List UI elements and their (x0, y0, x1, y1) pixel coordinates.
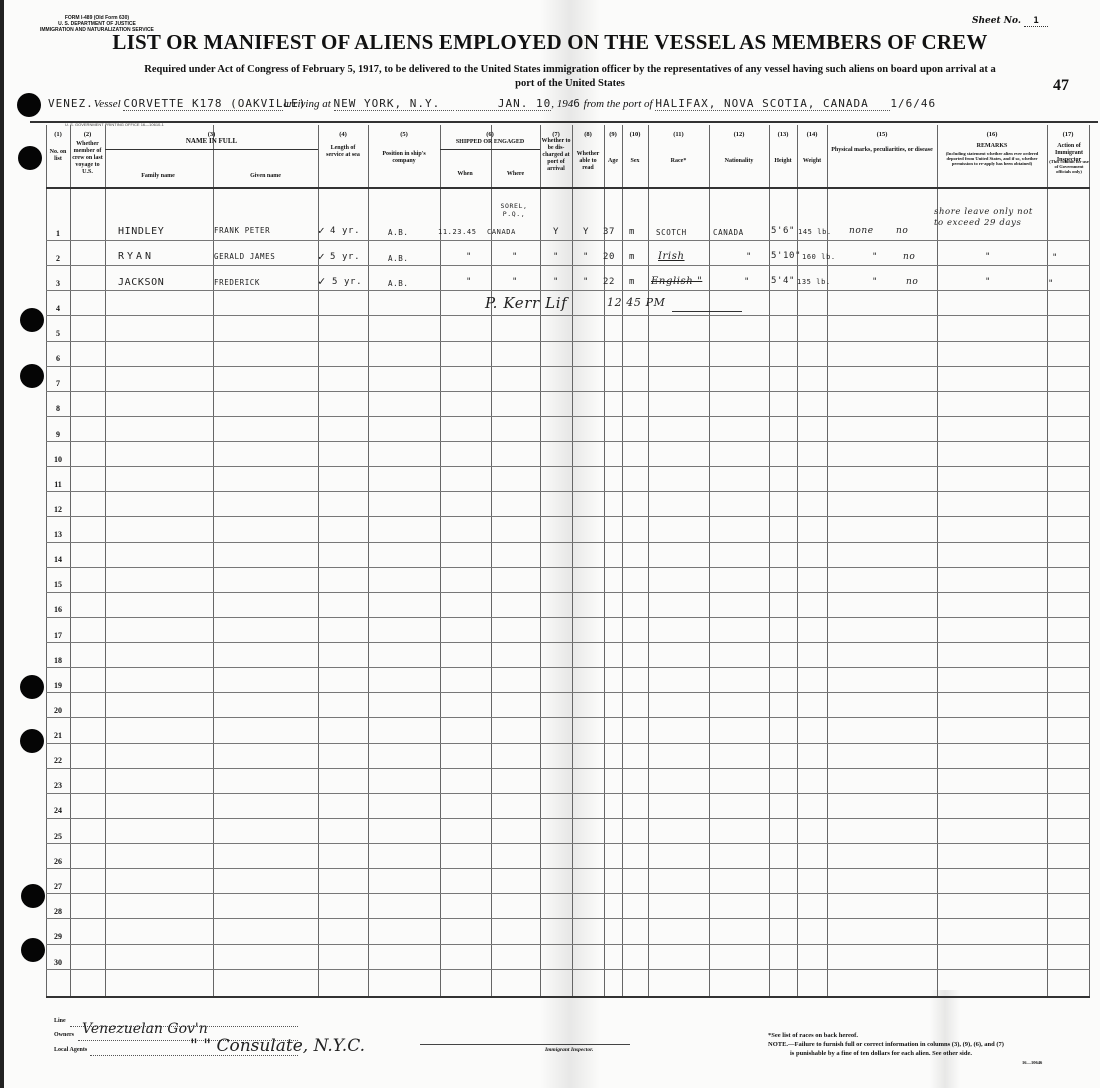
physical-marks: none (849, 226, 874, 236)
row-number: 5 (46, 329, 70, 338)
row-number: 27 (46, 882, 70, 891)
col-header-where: Where (491, 171, 540, 178)
inspector-signature-line (420, 1044, 630, 1045)
row-number: 20 (46, 706, 70, 715)
col-header-given-name: Given name (213, 173, 318, 180)
race: Irish (658, 251, 685, 262)
row-number: 17 (46, 631, 70, 640)
row-number: 26 (46, 857, 70, 866)
subtitle: Required under Act of Congress of Februa… (40, 63, 1100, 91)
punch-hole (20, 364, 44, 388)
page-title: LIST OR MANIFEST OF ALIENS EMPLOYED ON T… (0, 30, 1100, 55)
col-num: (16) (937, 131, 1047, 138)
from-label: from the port of (584, 98, 653, 110)
row-number: 1 (46, 229, 70, 238)
subtitle-line: Required under Act of Congress of Februa… (40, 63, 1100, 77)
service-length: 4 yr. (330, 226, 360, 236)
discharged: " (553, 277, 559, 287)
agents-value: " " Consulate, N.Y.C. (190, 1036, 365, 1056)
arrival-date: JAN. 10 (456, 97, 551, 111)
penalty-note: NOTE.—Failure to furnish full or correct… (768, 1040, 1004, 1049)
given-name: FRANK PETER (214, 226, 270, 235)
scan-edge (0, 0, 4, 1088)
row-number: 7 (46, 379, 70, 388)
remarks-prefix: no (906, 277, 918, 287)
col-header-name: NAME IN FULL (105, 138, 318, 145)
col-num: (17) (1047, 131, 1089, 138)
check-mark: ✓ (318, 274, 326, 288)
arriving-label: arriving at (283, 98, 330, 110)
physical-marks: " (872, 252, 878, 262)
row-number: 3 (46, 279, 70, 288)
print-code: 16—10646 (1022, 1058, 1042, 1067)
family-name: JACKSON (118, 277, 164, 288)
col-num: (15) (827, 131, 937, 138)
row-number: 13 (46, 530, 70, 539)
inspection-time: 12 45 PM (607, 296, 665, 309)
remarks-prefix: no (896, 226, 908, 236)
col-header-remarks: REMARKS (937, 143, 1047, 150)
row-number: 12 (46, 505, 70, 514)
height: 5'4" (771, 276, 795, 286)
vessel-label: Vessel (94, 98, 121, 110)
subtitle-line: port of the United States (40, 77, 1100, 91)
top-rule (30, 121, 1098, 123)
vessel-prefix: VENEZ. (48, 97, 94, 110)
row-number: 14 (46, 555, 70, 564)
inspector-action: " (1052, 253, 1058, 263)
row-number: 24 (46, 806, 70, 815)
col-header-prev-voyage: Whether member of crew on last voyage to… (71, 141, 104, 176)
col-header-discharged: Whether to be dis-charged at port of arr… (541, 138, 571, 173)
row-number: 18 (46, 656, 70, 665)
remarks: " (985, 277, 991, 287)
race: SCOTCH (656, 228, 687, 237)
punch-hole (20, 308, 44, 332)
col-num: (10) (622, 131, 648, 138)
shipped-when: " (466, 252, 472, 262)
punch-hole (17, 93, 41, 117)
inspector-signature: P. Kerr Lif (485, 294, 567, 312)
col-header-marks: Physical marks, peculiarities, or diseas… (831, 147, 933, 154)
col-num: (11) (648, 131, 709, 138)
row-number: 29 (46, 932, 70, 941)
page-number: 47 (1053, 77, 1069, 95)
agents-label: Local Agents (54, 1047, 87, 1053)
row-number: 19 (46, 681, 70, 690)
check-mark: ✓ (318, 224, 325, 237)
col-num: (6) (440, 131, 540, 138)
able-to-read: " (583, 252, 589, 262)
shipped-where-city: SOREL, P.Q., (492, 202, 536, 218)
age: 20 (603, 252, 615, 262)
vessel-name: CORVETTE K178 (OAKVILLE) (123, 97, 283, 111)
row-number: 10 (46, 455, 70, 464)
check-mark: ✓ (318, 250, 325, 263)
height: 5'6" (771, 226, 795, 236)
col-header-when: When (440, 171, 490, 178)
family-name: RYAN (118, 251, 154, 262)
arriving-port: NEW YORK, N.Y. (334, 97, 454, 111)
year-prefix: , 194 (551, 98, 573, 110)
col-num: (14) (797, 131, 827, 138)
discharged: Y (553, 227, 559, 237)
row-number: 22 (46, 756, 70, 765)
able-to-read: Y (583, 227, 589, 237)
sex: m (629, 252, 635, 262)
row-number: 25 (46, 832, 70, 841)
height: 5'10" (771, 251, 801, 261)
nationality: CANADA (713, 228, 744, 237)
paper-fold (930, 990, 960, 1088)
col-header-sex: Sex (622, 158, 648, 165)
shipped-where: " (512, 277, 518, 287)
remarks: shore leave only not to exceed 29 days (934, 207, 1044, 229)
weight: 160 lb. (802, 253, 836, 261)
row-number: 4 (46, 304, 70, 313)
row-number: 9 (46, 430, 70, 439)
col-header-family-name: Family name (105, 173, 211, 180)
col-header-height: Height (769, 158, 797, 165)
shipped-where: CANADA (487, 228, 516, 236)
service-length: 5 yr. (330, 252, 360, 262)
col-num: (5) (368, 131, 440, 138)
row-number: 30 (46, 958, 70, 967)
col-header-position: Position in ship's company (372, 151, 436, 165)
punch-hole (18, 146, 42, 170)
manifest-page: FORM I-489 (Old Form 630) U. S. DEPARTME… (0, 0, 1100, 1088)
row-number: 2 (46, 254, 70, 263)
year-suffix: 6 (573, 97, 581, 110)
line-label: Line (54, 1018, 66, 1024)
sex: m (629, 277, 635, 287)
nationality: " (746, 252, 752, 262)
nationality: " (744, 277, 750, 287)
punch-hole (21, 938, 45, 962)
col-num: (2) (70, 131, 105, 138)
col-num: (12) (709, 131, 769, 138)
position: A.B. (388, 279, 408, 288)
from-port: HALIFAX, NOVA SCOTIA, CANADA (655, 97, 890, 111)
inspector-label: Immigrant Inspector. (545, 1047, 593, 1053)
position: A.B. (388, 254, 408, 263)
col-num: (9) (604, 131, 622, 138)
col-header-service: Length of service at sea (322, 145, 364, 159)
remarks-prefix: no (903, 252, 915, 262)
col-num: (4) (318, 131, 368, 138)
col-header-shipped: SHIPPED OR ENGAGED (440, 139, 540, 146)
owners-label: Owners (54, 1032, 74, 1038)
col-num: (7) (540, 131, 572, 138)
col-num: (1) (46, 131, 70, 138)
col-header-action-sub: (This column for use of Government offic… (1049, 159, 1089, 174)
age: 22 (603, 277, 615, 287)
given-name: FREDERICK (214, 278, 260, 287)
able-to-read: " (583, 277, 589, 287)
shipped-where: " (512, 252, 518, 262)
vessel-line: VENEZ.Vessel CORVETTE K178 (OAKVILLE)arr… (48, 97, 1098, 117)
shipped-when: 11.23.45 (438, 228, 477, 236)
col-header-remarks-sub: (Including statement whether alien ever … (941, 151, 1043, 166)
row-number: 8 (46, 404, 70, 413)
row-number: 15 (46, 580, 70, 589)
punch-hole (21, 884, 45, 908)
row-number: 21 (46, 731, 70, 740)
departure-date: 1/6/46 (890, 97, 936, 110)
inspector-action: " (1048, 279, 1054, 289)
sheet-value: 1 (1024, 16, 1048, 27)
family-name: HINDLEY (118, 226, 164, 237)
col-header-nationality: Nationality (709, 158, 769, 165)
shipped-when: " (466, 277, 472, 287)
service-length: 5 yr. (332, 277, 362, 287)
punch-hole (20, 729, 44, 753)
row-number: 28 (46, 907, 70, 916)
sheet-number: Sheet No. 1 (972, 16, 1048, 27)
races-note: *See list of races on back hereof. (768, 1031, 858, 1040)
weight: 135 lb. (797, 278, 831, 286)
col-header-race: Race* (648, 158, 709, 165)
remarks: " (985, 252, 991, 262)
sheet-label: Sheet No. (972, 16, 1021, 26)
physical-marks: " (872, 277, 878, 287)
col-header-no: No. on list (46, 149, 70, 163)
position: A.B. (388, 228, 408, 237)
signature-underline (672, 311, 742, 312)
col-header-age: Age (604, 158, 622, 165)
penalty-note: is punishable by a fine of ten dollars f… (790, 1049, 972, 1058)
col-num: (8) (572, 131, 604, 138)
given-name: GERALD JAMES (214, 252, 275, 261)
col-header-weight: Weight (797, 158, 827, 165)
punch-hole (20, 675, 44, 699)
row-number: 16 (46, 605, 70, 614)
weight: 145 lb. (798, 228, 832, 236)
age: 37 (603, 227, 615, 237)
row-number: 6 (46, 354, 70, 363)
discharged: " (553, 252, 559, 262)
row-number: 23 (46, 781, 70, 790)
sex: m (629, 227, 635, 237)
race: English " (651, 276, 702, 287)
row-number: 11 (46, 480, 70, 489)
col-num: (13) (769, 131, 797, 138)
crew-table: (1) (2) (3) (4) (5) (6) (7) (8) (9) (10)… (46, 125, 1090, 998)
col-header-read: Whether able to read (573, 151, 603, 172)
owners-value: Venezuelan Gov'n (82, 1021, 208, 1037)
